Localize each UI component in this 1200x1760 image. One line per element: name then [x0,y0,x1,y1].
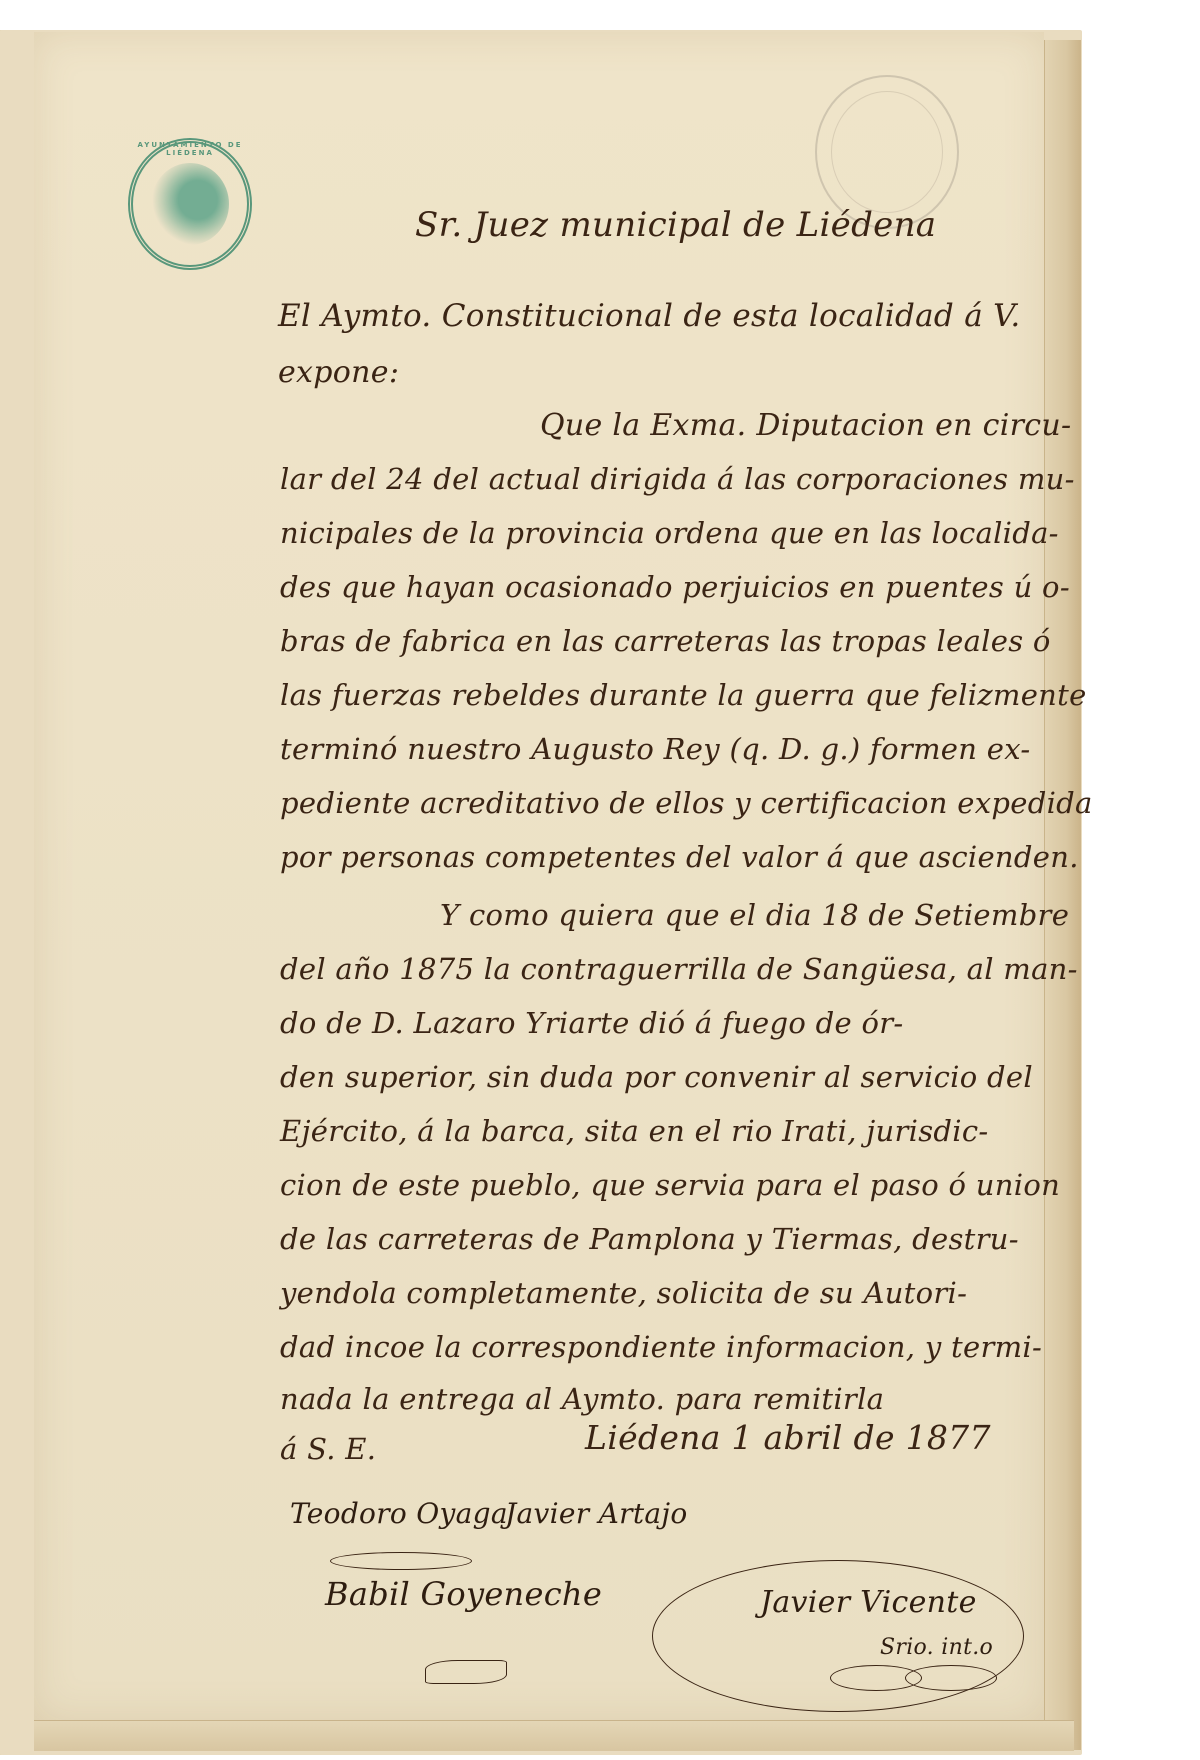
body-line: do de D. Lazaro Yriarte dió á fuego de ó… [280,1006,903,1040]
body-line: El Aymto. Constitucional de esta localid… [278,298,1021,334]
body-line: nicipales de la provincia ordena que en … [280,516,1059,550]
body-line: Que la Exma. Diputacion en circu- [540,408,1071,443]
signature-teodoro-oyaga: Teodoro Oyaga [290,1497,508,1530]
body-line: yendola completamente, solicita de su Au… [280,1276,967,1310]
body-line: expone: [278,355,399,390]
signature-javier-vicente: Javier Vicente [760,1585,977,1620]
document-page [34,32,1044,1720]
signature-rubric [905,1665,997,1691]
body-line: lar del 24 del actual dirigida á las cor… [280,462,1075,496]
body-line: las fuerzas rebeldes durante la guerra q… [280,678,1087,712]
body-line: terminó nuestro Augusto Rey (q. D. g.) f… [280,732,1030,766]
body-line: pediente acreditativo de ellos y certifi… [280,786,1093,820]
signature-flourish [425,1660,507,1684]
body-line: des que hayan ocasionado perjuicios en p… [280,570,1070,604]
signature-flourish [330,1552,472,1570]
seal-emblem-icon [151,163,229,245]
seal-text: AYUNTAMIENTO DE LIÉDENA [133,141,247,157]
body-line: de las carreteras de Pamplona y Tiermas,… [280,1222,1019,1256]
body-line: por personas competentes del valor á que… [280,840,1079,874]
body-line: nada la entrega al Aymto. para remitirla [280,1382,884,1416]
municipal-seal-stamp: AYUNTAMIENTO DE LIÉDENA [128,138,252,270]
addressee-heading: Sr. Juez municipal de Liédena [415,205,936,245]
body-line: dad incoe la correspondiente informacion… [280,1330,1042,1364]
body-line: del año 1875 la contraguerrilla de Sangü… [280,952,1078,986]
body-line: den superior, sin duda por convenir al s… [280,1060,1033,1094]
signature-javier-artajo: Javier Artajo [505,1497,688,1530]
signature-babil-goyeneche: Babil Goyeneche [325,1575,602,1613]
secretary-title: Srio. int.o [880,1635,993,1660]
stacked-page-edges [1044,40,1081,1750]
body-line: á S. E. [280,1432,376,1466]
body-line: cion de este pueblo, que servia para el … [280,1168,1060,1202]
body-line: Y como quiera que el dia 18 de Setiembre [440,898,1069,932]
body-line: bras de fabrica en las carreteras las tr… [280,624,1051,658]
date-line: Liédena 1 abril de 1877 [585,1418,991,1457]
body-line: Ejército, á la barca, sita en el rio Ira… [280,1114,989,1148]
bottom-page-edge [34,1720,1074,1751]
